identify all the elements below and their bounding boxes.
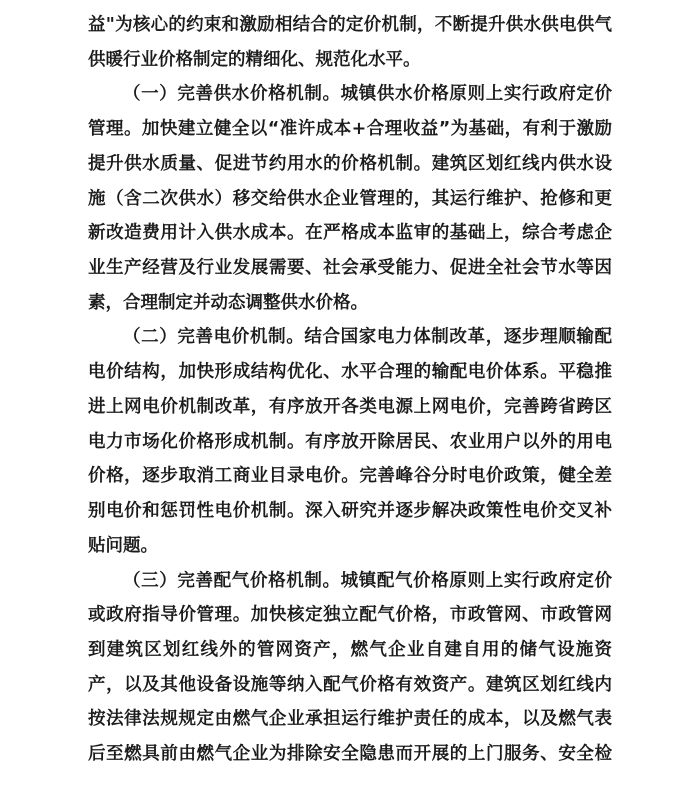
text-line: 供暖行业价格制定的精细化、规范化水平。: [88, 43, 612, 78]
text-line: 施（含二次供水）移交给供水企业管理的，其运行维护、抢修和更: [88, 182, 612, 217]
text-line: 素，合理制定并动态调整供水价格。: [88, 286, 612, 321]
text-line: （三）完善配气价格机制。城镇配气价格原则上实行政府定价: [88, 564, 612, 599]
text-line: 电价结构，加快形成结构优化、水平合理的输配电价体系。平稳推: [88, 355, 612, 390]
text-line: 进上网电价机制改革，有序放开各类电源上网电价，完善跨省跨区: [88, 390, 612, 425]
text-line: （一）完善供水价格机制。城镇供水价格原则上实行政府定价: [88, 77, 612, 112]
text-line: 价格，逐步取消工商业目录电价。完善峰谷分时电价政策，健全差: [88, 459, 612, 494]
text-line: 电力市场化价格形成机制。有序放开除居民、农业用户以外的用电: [88, 425, 612, 460]
text-line: 管理。加快建立健全以“准许成本+合理收益”为基础，有利于激励: [88, 112, 612, 147]
text-line: 产，以及其他设备设施等纳入配气价格有效资产。建筑区划红线内: [88, 668, 612, 703]
text-line: 按法律法规规定由燃气企业承担运行维护责任的成本，以及燃气表: [88, 702, 612, 737]
paragraph-gas-price-mechanism: （三）完善配气价格机制。城镇配气价格原则上实行政府定价或政府指导价管理。加快核定…: [88, 564, 612, 772]
text-line: 到建筑区划红线外的管网资产，燃气企业自建自用的储气设施资: [88, 633, 612, 668]
text-line: 贴问题。: [88, 529, 612, 564]
text-line: 后至燃具前由燃气企业为排除安全隐患而开展的上门服务、安全检: [88, 737, 612, 772]
text-line: （二）完善电价机制。结合国家电力体制改革，逐步理顺输配: [88, 320, 612, 355]
text-line: 新改造费用计入供水成本。在严格成本监审的基础上，综合考虑企: [88, 216, 612, 251]
document-page: 益"为核心的约束和激励相结合的定价机制，不断提升供水供电供气供暖行业价格制定的精…: [0, 0, 693, 800]
text-line: 别电价和惩罚性电价机制。深入研究并逐步解决政策性电价交叉补: [88, 494, 612, 529]
text-line: 或政府指导价管理。加快核定独立配气价格，市政管网、市政管网: [88, 598, 612, 633]
text-line: 提升供水质量、促进节约用水的价格机制。建筑区划红线内供水设: [88, 147, 612, 182]
text-line: 业生产经营及行业发展需要、社会承受能力、促进全社会节水等因: [88, 251, 612, 286]
paragraph-electricity-price-mechanism: （二）完善电价机制。结合国家电力体制改革，逐步理顺输配电价结构，加快形成结构优化…: [88, 320, 612, 563]
text-line: 益"为核心的约束和激励相结合的定价机制，不断提升供水供电供气: [88, 8, 612, 43]
document-text-block: 益"为核心的约束和激励相结合的定价机制，不断提升供水供电供气供暖行业价格制定的精…: [88, 8, 612, 772]
paragraph-intro-continued: 益"为核心的约束和激励相结合的定价机制，不断提升供水供电供气供暖行业价格制定的精…: [88, 8, 612, 77]
paragraph-water-price-mechanism: （一）完善供水价格机制。城镇供水价格原则上实行政府定价管理。加快建立健全以“准许…: [88, 77, 612, 320]
